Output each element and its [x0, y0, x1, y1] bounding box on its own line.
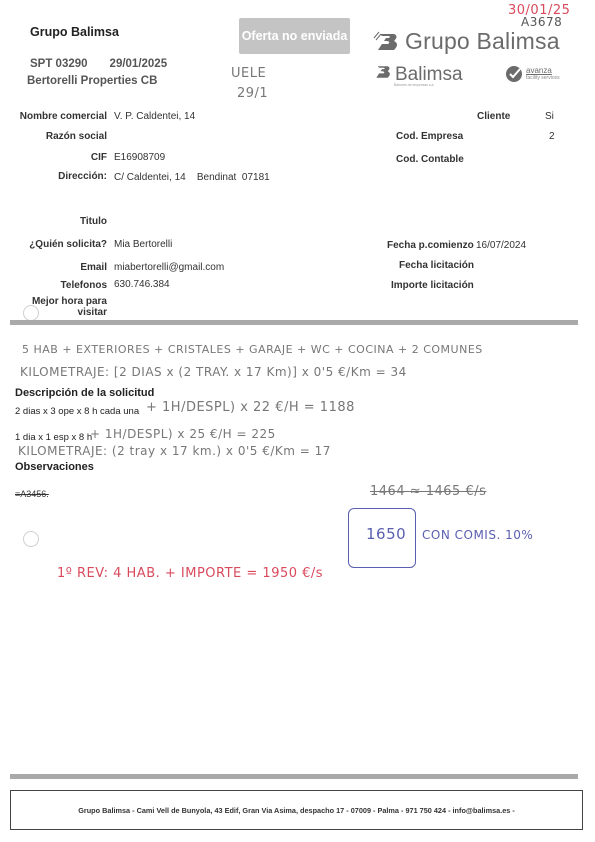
grupo-balimsa-logo: Grupo Balimsa: [372, 28, 560, 55]
footer: Grupo Balimsa - Cami Vell de Bunyola, 43…: [10, 790, 583, 830]
description-line: 1 dia x 1 esp x 8 h: [15, 432, 92, 443]
importe-licitacion-label: Importe licitación: [391, 280, 474, 291]
logo-text: Grupo Balimsa: [405, 28, 560, 55]
email-value: miabertorelli@gmail.com: [114, 262, 224, 273]
mejor-hora-label-line: visitar: [7, 307, 107, 318]
handwritten-code: A3678: [521, 15, 562, 29]
email-label: Email: [7, 262, 107, 273]
company-name: Grupo Balimsa: [30, 25, 119, 39]
direccion-value: C/ Caldentei, 14 Bendinat 07181: [114, 172, 270, 183]
mejor-hora-label-line: Mejor hora para: [7, 296, 107, 307]
balimsa-logo: Balimsa Balones de empresas s.a.: [372, 63, 463, 86]
handwritten-boxed-total: 1650: [366, 525, 406, 543]
struck-code: =A3456.: [15, 489, 49, 499]
telefonos-label: Telefonos: [7, 280, 107, 291]
cliente-value: Si: [545, 111, 554, 122]
street: C/ Caldentei, 14: [114, 172, 186, 183]
fecha-comienzo-value: 16/07/2024: [476, 240, 526, 251]
cliente-label: Cliente: [477, 111, 510, 122]
cod-empresa-value: 2: [549, 131, 555, 142]
quien-solicita-value: Mia Bertorelli: [114, 239, 172, 250]
balimsa-mark-icon: [372, 63, 392, 86]
postal-code: 07181: [242, 172, 270, 183]
client-name: Bertorelli Properties CB: [27, 75, 157, 87]
city: Bendinat: [197, 172, 236, 183]
telefonos-value: 630.746.384: [114, 279, 170, 290]
handwritten-calc-1: + 1H/DESPL) x 22 €/H = 1188: [146, 400, 355, 415]
handwritten-mileage-2: KILOMETRAJE: (2 tray x 17 km.) x 0'5 €/K…: [18, 444, 331, 458]
avanza-logo: avanza facility services: [506, 66, 560, 82]
titulo-label: Titulo: [7, 216, 107, 227]
partner-tagline: facility services: [526, 75, 560, 81]
separator: [10, 774, 578, 779]
status-badge: Oferta no enviada: [239, 18, 350, 54]
razon-social-label: Razón social: [7, 131, 107, 142]
handwritten-note-top: UELE 29/1: [231, 64, 268, 104]
cif-label: CIF: [7, 152, 107, 163]
handwritten-mileage-1: KILOMETRAJE: [2 DIAS x (2 TRAY. x 17 Km)…: [20, 365, 407, 379]
mejor-hora-label: Mejor hora para visitar: [7, 296, 107, 318]
cod-empresa-label: Cod. Empresa: [396, 131, 463, 142]
partner-name: avanza: [526, 67, 560, 75]
handwritten-scope: 5 HAB + EXTERIORES + CRISTALES + GARAJE …: [22, 343, 483, 356]
logo-tagline: Balones de empresas s.a.: [394, 83, 434, 87]
separator: [10, 320, 578, 325]
direccion-label: Dirección:: [7, 171, 107, 182]
reference-number: SPT 03290: [30, 58, 88, 70]
description-title: Descripción de la solicitud: [15, 387, 154, 399]
handwritten-commission: CON COMIS. 10%: [422, 528, 533, 542]
handwritten-first-review: 1º REV: 4 HAB. + IMPORTE = 1950 €/s: [57, 566, 323, 581]
observations-title: Observaciones: [15, 461, 94, 473]
radio-button[interactable]: [23, 531, 39, 547]
handwritten-note-line: 29/1: [237, 84, 268, 104]
nombre-comercial-value: V. P. Caldentei, 14: [114, 111, 195, 122]
fecha-licitacion-label: Fecha licitación: [399, 260, 474, 271]
fecha-comienzo-label: Fecha p.comienzo: [387, 240, 474, 251]
description-line: 2 dias x 3 ope x 8 h cada una: [15, 406, 139, 417]
balimsa-mark-icon: [372, 30, 400, 54]
cod-contable-label: Cod. Contable: [396, 154, 464, 165]
reference-line: SPT 0329029/01/2025: [30, 58, 167, 70]
radio-button[interactable]: [23, 305, 39, 321]
checkmark-icon: [506, 66, 522, 82]
cif-value: E16908709: [114, 152, 165, 163]
quien-solicita-label: ¿Quién solicita?: [7, 239, 107, 250]
handwritten-struck-total: 1464 ≈ 1465 €/s: [370, 484, 486, 499]
document-date: 29/01/2025: [110, 58, 168, 70]
footer-contact: Grupo Balimsa - Cami Vell de Bunyola, 43…: [78, 806, 515, 815]
handwritten-note-line: UELE: [231, 64, 268, 84]
handwritten-calc-2: + 1H/DESPL) x 25 €/H = 225: [90, 427, 276, 441]
nombre-comercial-label: Nombre comercial: [7, 111, 107, 122]
